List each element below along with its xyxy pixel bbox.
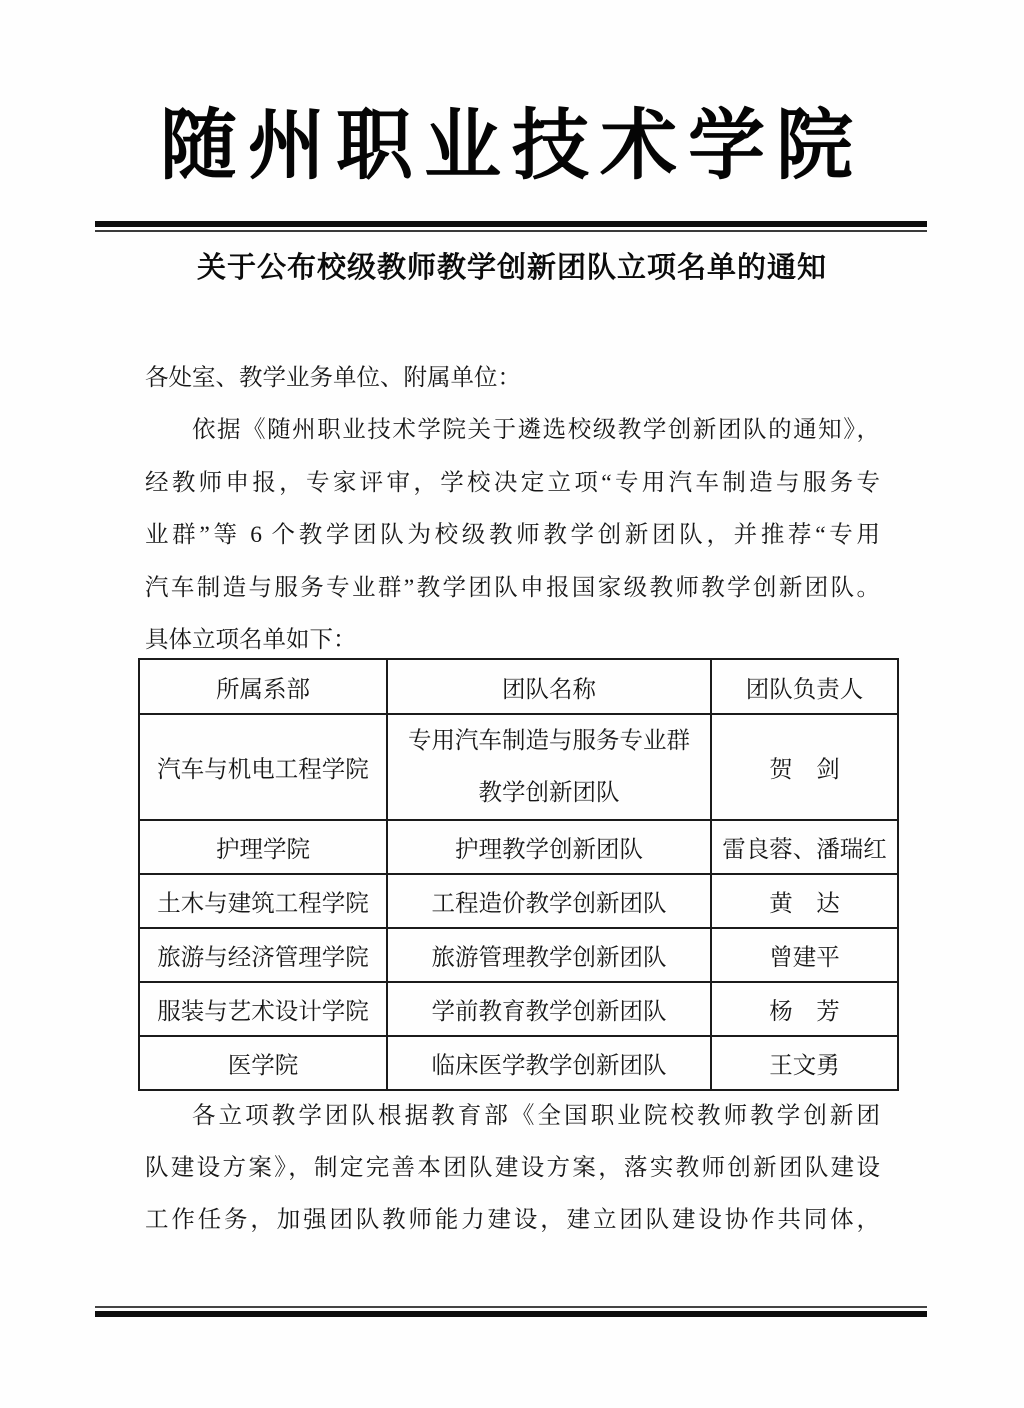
- team-name-line: 教学创新团队: [388, 767, 710, 819]
- table-row: 医学院 临床医学教学创新团队 王文勇: [139, 1036, 898, 1090]
- cell-leader: 王文勇: [711, 1036, 898, 1090]
- cell-team: 临床医学教学创新团队: [387, 1036, 711, 1090]
- table-header-dept: 所属系部: [139, 659, 387, 714]
- cell-team: 工程造价教学创新团队: [387, 874, 711, 928]
- table-row: 汽车与机电工程学院 专用汽车制造与服务专业群 教学创新团队 贺 剑: [139, 714, 898, 820]
- footer-rule-thin: [95, 1306, 927, 1308]
- letterhead-rule-thick: [95, 221, 927, 227]
- table-header-team: 团队名称: [387, 659, 711, 714]
- notice-document-page: 随州职业技术学院 关于公布校级教师教学创新团队立项名单的通知 各处室、教学业务单…: [0, 0, 1024, 1408]
- project-list-table: 所属系部 团队名称 团队负责人 汽车与机电工程学院 专用汽车制造与服务专业群 教…: [138, 658, 899, 1091]
- cell-leader: 雷良蓉、潘瑞红: [711, 820, 898, 874]
- paragraph1-line: 业群”等 6 个教学团队为校级教师教学创新团队，并推荐“专用: [145, 509, 880, 562]
- cell-dept: 汽车与机电工程学院: [139, 714, 387, 820]
- cell-dept: 旅游与经济管理学院: [139, 928, 387, 982]
- notice-title: 关于公布校级教师教学创新团队立项名单的通知: [0, 251, 1024, 286]
- letterhead-title: 随州职业技术学院: [0, 106, 1024, 187]
- paragraph2-line: 各立项教学团队根据教育部《全国职业院校教师教学创新团: [145, 1090, 880, 1143]
- paragraph1-line: 经教师申报，专家评审，学校决定立项“专用汽车制造与服务专: [145, 457, 880, 510]
- table-row: 护理学院 护理教学创新团队 雷良蓉、潘瑞红: [139, 820, 898, 874]
- cell-team: 专用汽车制造与服务专业群 教学创新团队: [387, 714, 711, 820]
- paragraph2-line: 工作任务，加强团队教师能力建设，建立团队建设协作共同体，: [145, 1194, 880, 1247]
- cell-dept: 护理学院: [139, 820, 387, 874]
- table-row: 土木与建筑工程学院 工程造价教学创新团队 黄 达: [139, 874, 898, 928]
- paragraph1-line: 汽车制造与服务专业群”教学团队申报国家级教师教学创新团队。: [145, 562, 880, 615]
- paragraph1-line: 依据《随州职业技术学院关于遴选校级教学创新团队的通知》，: [145, 404, 880, 457]
- cell-leader: 曾建平: [711, 928, 898, 982]
- cell-team: 学前教育教学创新团队: [387, 982, 711, 1036]
- table-header-row: 所属系部 团队名称 团队负责人: [139, 659, 898, 714]
- cell-leader: 黄 达: [711, 874, 898, 928]
- cell-team: 旅游管理教学创新团队: [387, 928, 711, 982]
- footer-rule-thick: [95, 1311, 927, 1317]
- cell-leader: 杨 芳: [711, 982, 898, 1036]
- letterhead-rule-thin: [95, 230, 927, 232]
- cell-dept: 土木与建筑工程学院: [139, 874, 387, 928]
- cell-leader: 贺 剑: [711, 714, 898, 820]
- paragraph2-line: 队建设方案》，制定完善本团队建设方案，落实教师创新团队建设: [145, 1142, 880, 1195]
- cell-team: 护理教学创新团队: [387, 820, 711, 874]
- cell-dept: 医学院: [139, 1036, 387, 1090]
- salutation-line: 各处室、教学业务单位、附属单位：: [145, 352, 880, 405]
- team-name-line: 专用汽车制造与服务专业群: [388, 715, 710, 767]
- table-row: 旅游与经济管理学院 旅游管理教学创新团队 曾建平: [139, 928, 898, 982]
- table-header-leader: 团队负责人: [711, 659, 898, 714]
- table-row: 服装与艺术设计学院 学前教育教学创新团队 杨 芳: [139, 982, 898, 1036]
- cell-dept: 服装与艺术设计学院: [139, 982, 387, 1036]
